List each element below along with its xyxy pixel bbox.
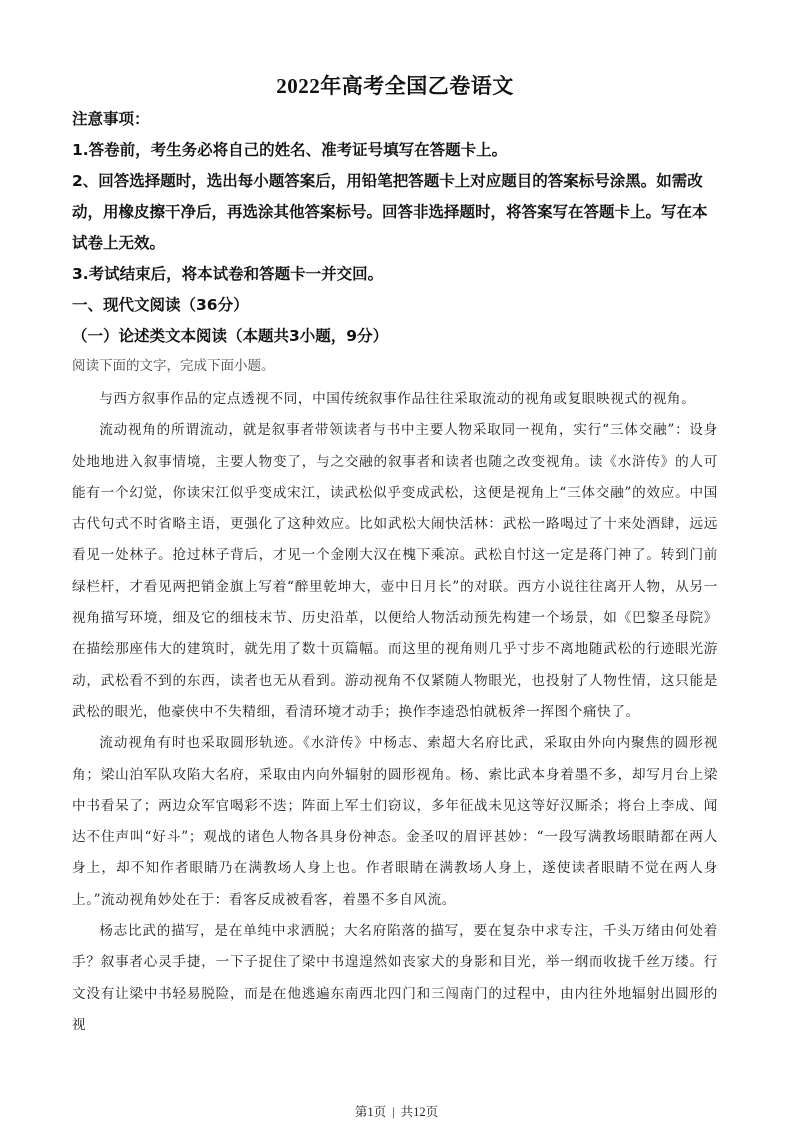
page-footer: 第1页|共12页 [0, 1102, 793, 1120]
section-heading: 一、现代文阅读（36分） [72, 290, 718, 321]
passage-paragraph: 流动视角的所谓流动，就是叙事者带领读者与书中主要人物采取同一视角，实行“三体交融… [72, 415, 718, 728]
section-subheading: （一）论述类文本阅读（本题共3小题，9分） [72, 321, 718, 352]
passage-paragraph: 与西方叙事作品的定点透视不同，中国传统叙事作品往往采取流动的视角或复眼映视式的视… [72, 384, 718, 415]
reading-instruction: 阅读下面的文字，完成下面小题。 [72, 352, 275, 380]
notice-item-2: 2、回答选择题时，选出每小题答案后，用铅笔把答题卡上对应题目的答案标号涂黑。如需… [72, 166, 718, 259]
footer-separator: | [392, 1105, 395, 1119]
notice-block: 注意事项： 1.答卷前，考生务必将自己的姓名、准考证号填写在答题卡上。 2、回答… [72, 104, 718, 352]
page-total: 共12页 [401, 1105, 439, 1119]
passage-paragraph: 杨志比武的描写，是在单纯中求洒脱；大名府陷落的描写，要在复杂中求专注，千头万绪由… [72, 916, 718, 1041]
document-title: 2022年高考全国乙卷语文 [72, 72, 718, 100]
notice-item-3: 3.考试结束后，将本试卷和答题卡一并交回。 [72, 259, 718, 290]
page-number: 第1页 [355, 1105, 386, 1119]
notice-heading: 注意事项： [72, 104, 718, 135]
passage-paragraph: 流动视角有时也采取圆形轨迹。《水浒传》中杨志、索超大名府比武，采取由外向内聚焦的… [72, 728, 718, 916]
passage: 与西方叙事作品的定点透视不同，中国传统叙事作品往往采取流动的视角或复眼映视式的视… [72, 384, 718, 1041]
notice-item-1: 1.答卷前，考生务必将自己的姓名、准考证号填写在答题卡上。 [72, 135, 718, 166]
